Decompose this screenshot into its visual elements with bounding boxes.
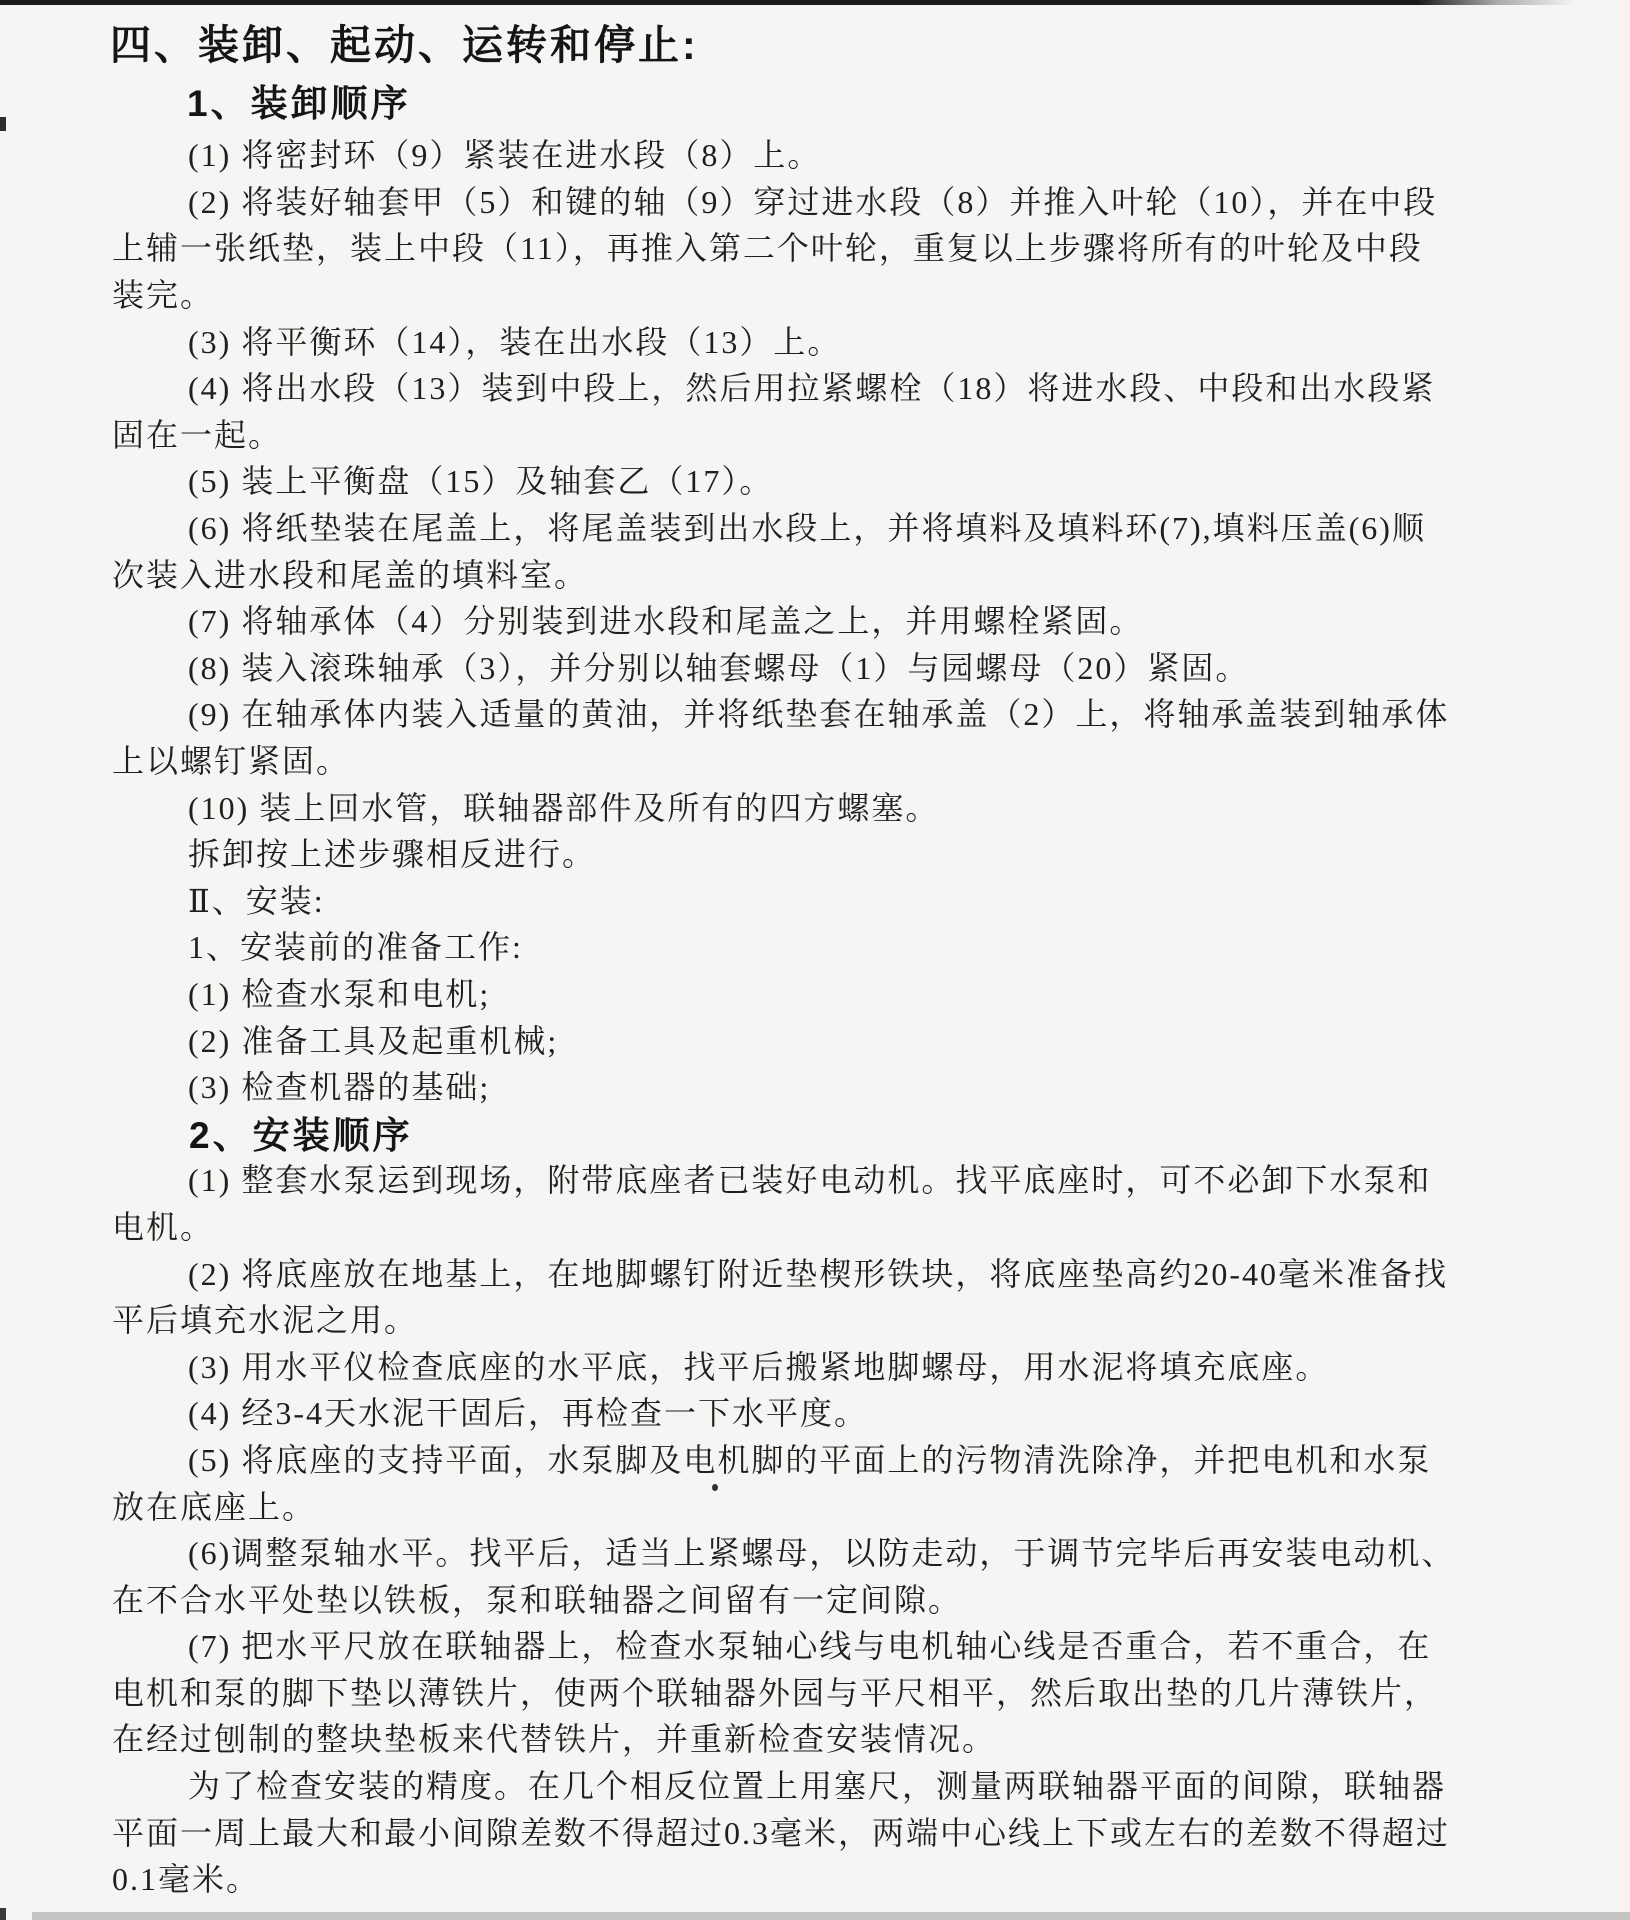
text-line: (3) 将平衡环（14），装在出水段（13）上。 xyxy=(0,316,1630,363)
text-line: 次装入进水段和尾盖的填料室。 xyxy=(0,549,1630,596)
text-line: 1、安装前的准备工作: xyxy=(0,922,1630,969)
text-line: 在不合水平处垫以铁板，泵和联轴器之间留有一定间隙。 xyxy=(0,1574,1630,1621)
text-line: (7) 将轴承体（4）分别装到进水段和尾盖之上，并用螺栓紧固。 xyxy=(0,596,1630,643)
text-line: 平后填充水泥之用。 xyxy=(0,1295,1630,1342)
text-line: (6) 将纸垫装在尾盖上，将尾盖装到出水段上，并将填料及填料环(7),填料压盖(… xyxy=(0,503,1630,550)
text-line: 拆卸按上述步骤相反进行。 xyxy=(0,829,1630,876)
text-line: (5) 将底座的支持平面，水泵脚及电机脚的平面上的污物清洗除净，并把电机和水泵 xyxy=(0,1435,1630,1482)
text-line: 上以螺钉紧固。 xyxy=(0,736,1630,783)
text-line: 电机。 xyxy=(0,1202,1630,1249)
text-block: 四、装卸、起动、运转和停止:1、装卸顺序(1) 将密封环（9）紧装在进水段（8）… xyxy=(0,13,1630,1901)
page-title: 四、装卸、起动、运转和停止: xyxy=(0,13,1630,70)
text-line: 0.1毫米。 xyxy=(0,1854,1630,1901)
scan-bottom-edge xyxy=(32,1912,1630,1920)
text-line: (10) 装上回水管，联轴器部件及所有的四方螺塞。 xyxy=(0,782,1630,829)
text-line: 平面一周上最大和最小间隙差数不得超过0.3毫米，两端中心线上下或左右的差数不得超… xyxy=(0,1807,1630,1854)
text-line: (2) 准备工具及起重机械; xyxy=(0,1015,1630,1062)
text-line: 固在一起。 xyxy=(0,410,1630,457)
text-line: 电机和泵的脚下垫以薄铁片，使两个联轴器外园与平尺相平，然后取出垫的几片薄铁片， xyxy=(0,1668,1630,1715)
text-line: (3) 用水平仪检查底座的水平底，找平后搬紧地脚螺母，用水泥将填充底座。 xyxy=(0,1341,1630,1388)
text-line: 装完。 xyxy=(0,270,1630,317)
text-line: (6)调整泵轴水平。找平后，适当上紧螺母，以防走动，于调节完毕后再安装电动机、 xyxy=(0,1528,1630,1575)
text-line: 放在底座上。 xyxy=(0,1481,1630,1528)
text-line: Ⅱ、安装: xyxy=(0,876,1630,923)
text-line: (4) 经3-4天水泥干固后，再检查一下水平度。 xyxy=(0,1388,1630,1435)
text-line: (5) 装上平衡盘（15）及轴套乙（17）。 xyxy=(0,456,1630,503)
text-line: (1) 检查水泵和电机; xyxy=(0,969,1630,1016)
text-line: 在经过刨制的整块垫板来代替铁片，并重新检查安装情况。 xyxy=(0,1714,1630,1761)
scan-bottom-left-mark xyxy=(0,1908,6,1920)
text-line: 为了检查安装的精度。在几个相反位置上用塞尺，测量两联轴器平面的间隙，联轴器 xyxy=(0,1761,1630,1808)
text-line: (7) 把水平尺放在联轴器上，检查水泵轴心线与电机轴心线是否重合，若不重合，在 xyxy=(0,1621,1630,1668)
text-line: (9) 在轴承体内装入适量的黄油，并将纸垫套在轴承盖（2）上，将轴承盖装到轴承体 xyxy=(0,689,1630,736)
document-page: 四、装卸、起动、运转和停止:1、装卸顺序(1) 将密封环（9）紧装在进水段（8）… xyxy=(0,0,1630,1920)
text-line: (2) 将底座放在地基上，在地脚螺钉附近垫楔形铁块，将底座垫高约20-40毫米准… xyxy=(0,1248,1630,1295)
text-line: 上辅一张纸垫，装上中段（11），再推入第二个叶轮，重复以上步骤将所有的叶轮及中段 xyxy=(0,223,1630,270)
section-heading: 1、装卸顺序 xyxy=(0,70,1630,130)
text-line: (2) 将装好轴套甲（5）和键的轴（9）穿过进水段（8）并推入叶轮（10），并在… xyxy=(0,177,1630,224)
scan-top-edge xyxy=(0,0,1575,5)
section-heading: 2、安装顺序 xyxy=(0,1108,1630,1155)
text-line: (1) 将密封环（9）紧装在进水段（8）上。 xyxy=(0,130,1630,177)
text-line: (1) 整套水泵运到现场，附带底座者已装好电动机。找平底座时，可不必卸下水泵和 xyxy=(0,1155,1630,1202)
text-line: (4) 将出水段（13）装到中段上，然后用拉紧螺栓（18）将进水段、中段和出水段… xyxy=(0,363,1630,410)
text-line: (8) 装入滚珠轴承（3），并分别以轴套螺母（1）与园螺母（20）紧固。 xyxy=(0,643,1630,690)
text-line: (3) 检查机器的基础; xyxy=(0,1062,1630,1109)
